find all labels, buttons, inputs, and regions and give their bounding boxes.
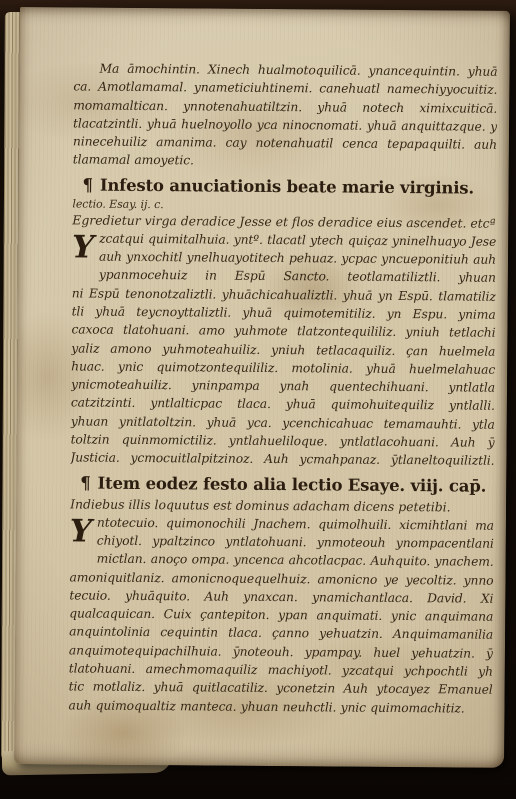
section2-drop-cap: Y bbox=[70, 515, 93, 551]
text-line: Justicia. ycmocuitlalpitzinoz. Auh ycmah… bbox=[70, 449, 494, 471]
manuscript-page: Ma āmochintin. Xinech hualmotoquilicā. y… bbox=[14, 7, 510, 768]
section2-body: Y ntotecuio. quimonochili Jnachem. quimo… bbox=[68, 513, 494, 718]
section1-body: Y zcatqui quimitalhuia. yntº. tlacatl yt… bbox=[70, 229, 496, 470]
pilcrow-icon: ¶ bbox=[83, 173, 94, 198]
text-line: mictlan. anoço ompa. yncenca ahcotlacpac… bbox=[97, 550, 494, 571]
text-line: auh quimoqualtiz manteca. yhuan neuhctli… bbox=[68, 696, 492, 718]
pilcrow-icon: ¶ bbox=[80, 471, 91, 496]
section1-heading-text: Infesto anuciationis beate marie virgini… bbox=[100, 175, 474, 197]
section1-drop-cap: Y bbox=[72, 231, 95, 267]
text-line: tlamamal amoyetic. bbox=[73, 151, 497, 173]
section2-heading-text: Item eodez festo alia lectio Esaye. viij… bbox=[98, 473, 487, 495]
intro-paragraph: Ma āmochintin. Xinech hualmotoquilicā. y… bbox=[73, 59, 498, 172]
manuscript-photo: Ma āmochintin. Xinech hualmotoquilicā. y… bbox=[0, 0, 516, 799]
text-block: Ma āmochintin. Xinech hualmotoquilicā. y… bbox=[68, 59, 497, 717]
section1-heading: ¶Infesto anuciationis beate marie virgin… bbox=[83, 173, 497, 200]
section2-heading: ¶Item eodez festo alia lectio Esaye. vii… bbox=[80, 471, 494, 498]
section2-latin-incipit: Indiebus illis loquutus est dominus adac… bbox=[70, 495, 494, 515]
section1-latin-incipit: Egredietur virga deradice Jesse et flos … bbox=[72, 211, 496, 231]
